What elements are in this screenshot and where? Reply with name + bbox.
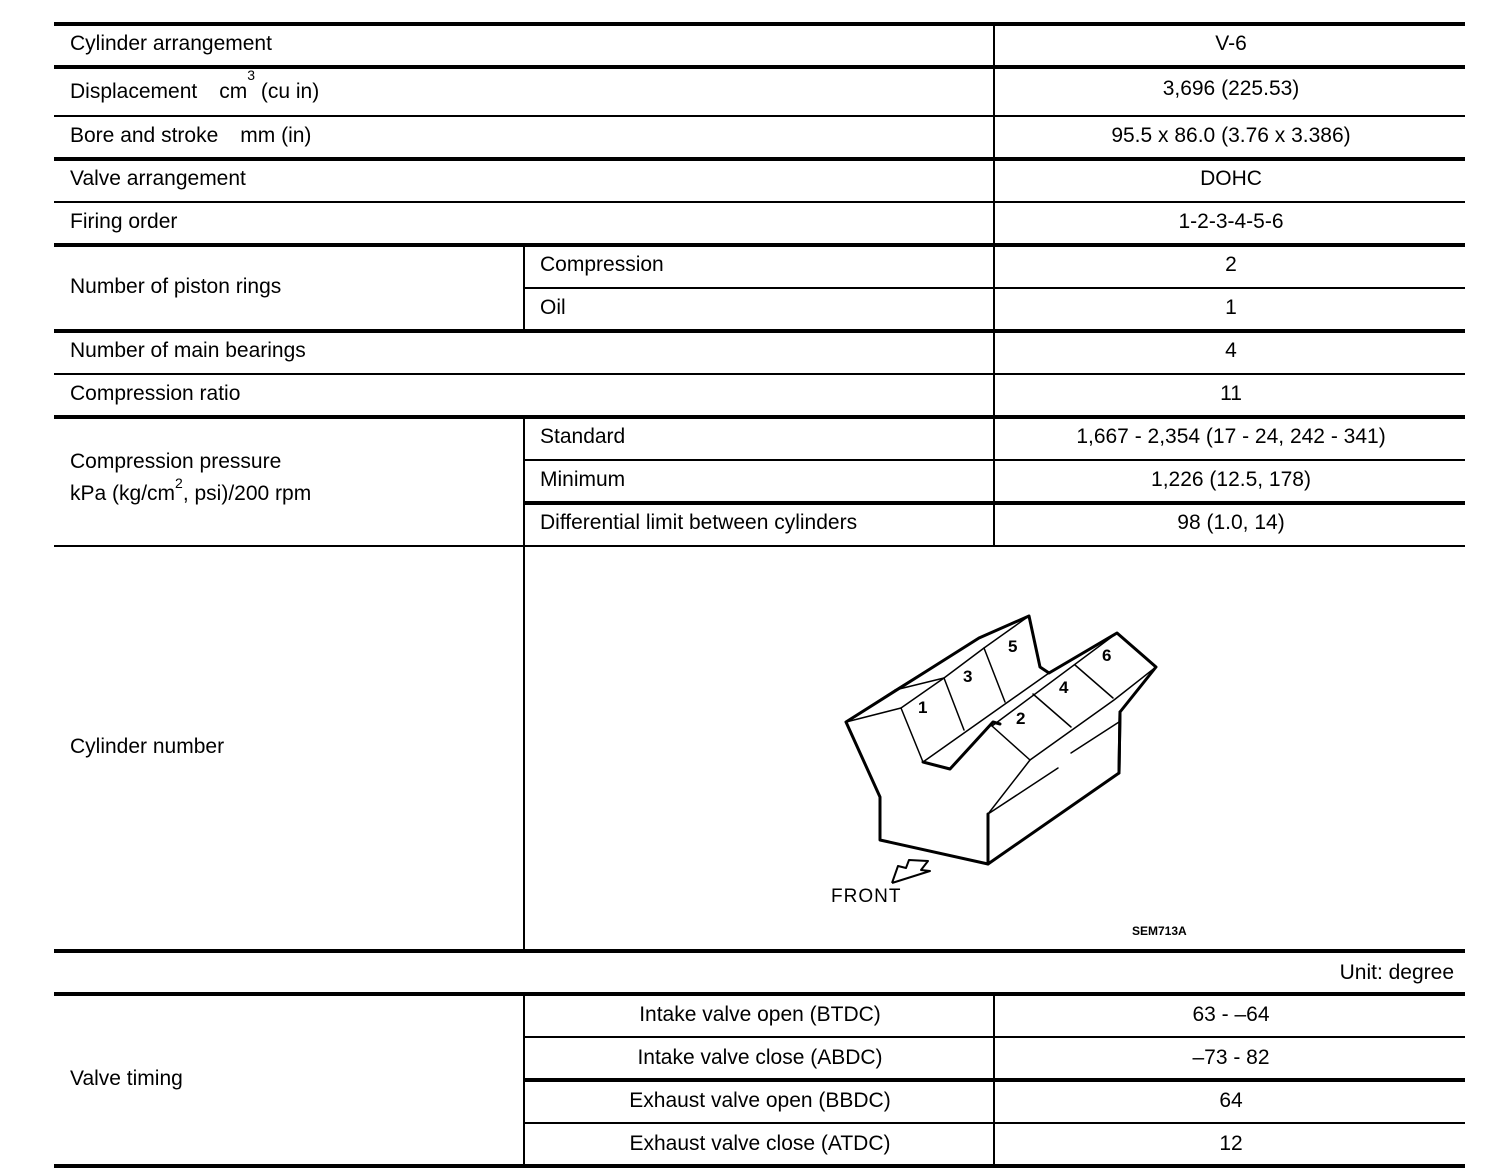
value-intake-open: 63 - –64 bbox=[996, 993, 1466, 1036]
value-differential-limit: 98 (1.0, 14) bbox=[996, 501, 1466, 544]
v6-engine-block-icon: 1 2 3 4 5 6 bbox=[526, 548, 1465, 950]
column-divider bbox=[523, 994, 525, 1166]
value-exhaust-open: 64 bbox=[996, 1079, 1466, 1122]
sub-compression-rings: Compression bbox=[540, 243, 664, 286]
label-valve-timing: Valve timing bbox=[70, 1057, 183, 1100]
label-displacement-text: Displacement bbox=[70, 80, 197, 103]
label-displacement-unit: cm bbox=[219, 80, 247, 103]
label-displacement-unit-sup: 3 bbox=[247, 67, 255, 83]
value-cylinder-arrangement: V-6 bbox=[996, 22, 1466, 65]
label-displacement-unit-tail: (cu in) bbox=[255, 80, 319, 103]
row-divider bbox=[54, 545, 1465, 547]
cylinder-4-label: 4 bbox=[1059, 678, 1069, 697]
label-cylinder-arrangement: Cylinder arrangement bbox=[70, 22, 272, 65]
value-firing-order: 1-2-3-4-5-6 bbox=[996, 200, 1466, 243]
label-compression-pressure-line1: Compression pressure bbox=[70, 446, 311, 478]
unit-note: Unit: degree bbox=[1340, 951, 1454, 994]
sub-intake-close: Intake valve close (ABDC) bbox=[526, 1036, 994, 1079]
sub-exhaust-close: Exhaust valve close (ATDC) bbox=[526, 1122, 994, 1165]
label-piston-rings: Number of piston rings bbox=[70, 265, 281, 308]
value-minimum: 1,226 (12.5, 178) bbox=[996, 458, 1466, 501]
unit-part-a: kPa (kg/cm bbox=[70, 482, 175, 505]
value-compression-ratio: 11 bbox=[996, 372, 1466, 415]
label-compression-pressure-line2: kPa (kg/cm2, psi)/200 rpm bbox=[70, 478, 311, 510]
cylinder-2-label: 2 bbox=[1016, 709, 1025, 728]
column-divider bbox=[523, 417, 525, 951]
front-label: FRONT bbox=[831, 886, 901, 908]
value-exhaust-close: 12 bbox=[996, 1122, 1466, 1165]
column-divider bbox=[993, 24, 995, 546]
value-intake-close: –73 - 82 bbox=[996, 1036, 1466, 1079]
unit-part-b: , psi)/200 rpm bbox=[183, 482, 311, 505]
label-valve-arrangement: Valve arrangement bbox=[70, 157, 246, 200]
cylinder-6-label: 6 bbox=[1102, 646, 1111, 665]
label-bore-stroke-unit: mm (in) bbox=[240, 124, 311, 147]
cylinder-5-label: 5 bbox=[1008, 637, 1017, 656]
value-oil-rings: 1 bbox=[996, 286, 1466, 329]
value-main-bearings: 4 bbox=[996, 329, 1466, 372]
value-displacement: 3,696 (225.53) bbox=[996, 67, 1466, 110]
cylinder-layout-figure: 1 2 3 4 5 6 FRONT SEM713A bbox=[526, 548, 1465, 950]
sub-differential-limit: Differential limit between cylinders bbox=[540, 501, 857, 544]
value-compression-rings: 2 bbox=[996, 243, 1466, 286]
sub-minimum: Minimum bbox=[540, 458, 625, 501]
value-standard: 1,667 - 2,354 (17 - 24, 242 - 341) bbox=[996, 415, 1466, 458]
sub-standard: Standard bbox=[540, 415, 625, 458]
sub-intake-open: Intake valve open (BTDC) bbox=[526, 993, 994, 1036]
label-bore-stroke-text: Bore and stroke bbox=[70, 124, 218, 147]
value-valve-arrangement: DOHC bbox=[996, 157, 1466, 200]
label-bore-stroke: Bore and strokemm (in) bbox=[70, 114, 311, 157]
label-compression-pressure: Compression pressure kPa (kg/cm2, psi)/2… bbox=[70, 446, 311, 510]
label-compression-ratio: Compression ratio bbox=[70, 372, 240, 415]
cylinder-3-label: 3 bbox=[963, 667, 972, 686]
label-cylinder-number: Cylinder number bbox=[70, 725, 224, 768]
sub-exhaust-open: Exhaust valve open (BBDC) bbox=[526, 1079, 994, 1122]
value-bore-stroke: 95.5 x 86.0 (3.76 x 3.386) bbox=[996, 114, 1466, 157]
label-main-bearings: Number of main bearings bbox=[70, 329, 306, 372]
label-firing-order: Firing order bbox=[70, 200, 177, 243]
unit-sup: 2 bbox=[175, 475, 183, 491]
figure-code: SEM713A bbox=[1132, 924, 1187, 938]
column-divider bbox=[523, 245, 525, 331]
label-displacement: Displacementcm3 (cu in) bbox=[70, 70, 319, 113]
front-arrow-icon bbox=[892, 860, 930, 883]
sub-oil-rings: Oil bbox=[540, 286, 566, 329]
cylinder-1-label: 1 bbox=[918, 698, 927, 717]
